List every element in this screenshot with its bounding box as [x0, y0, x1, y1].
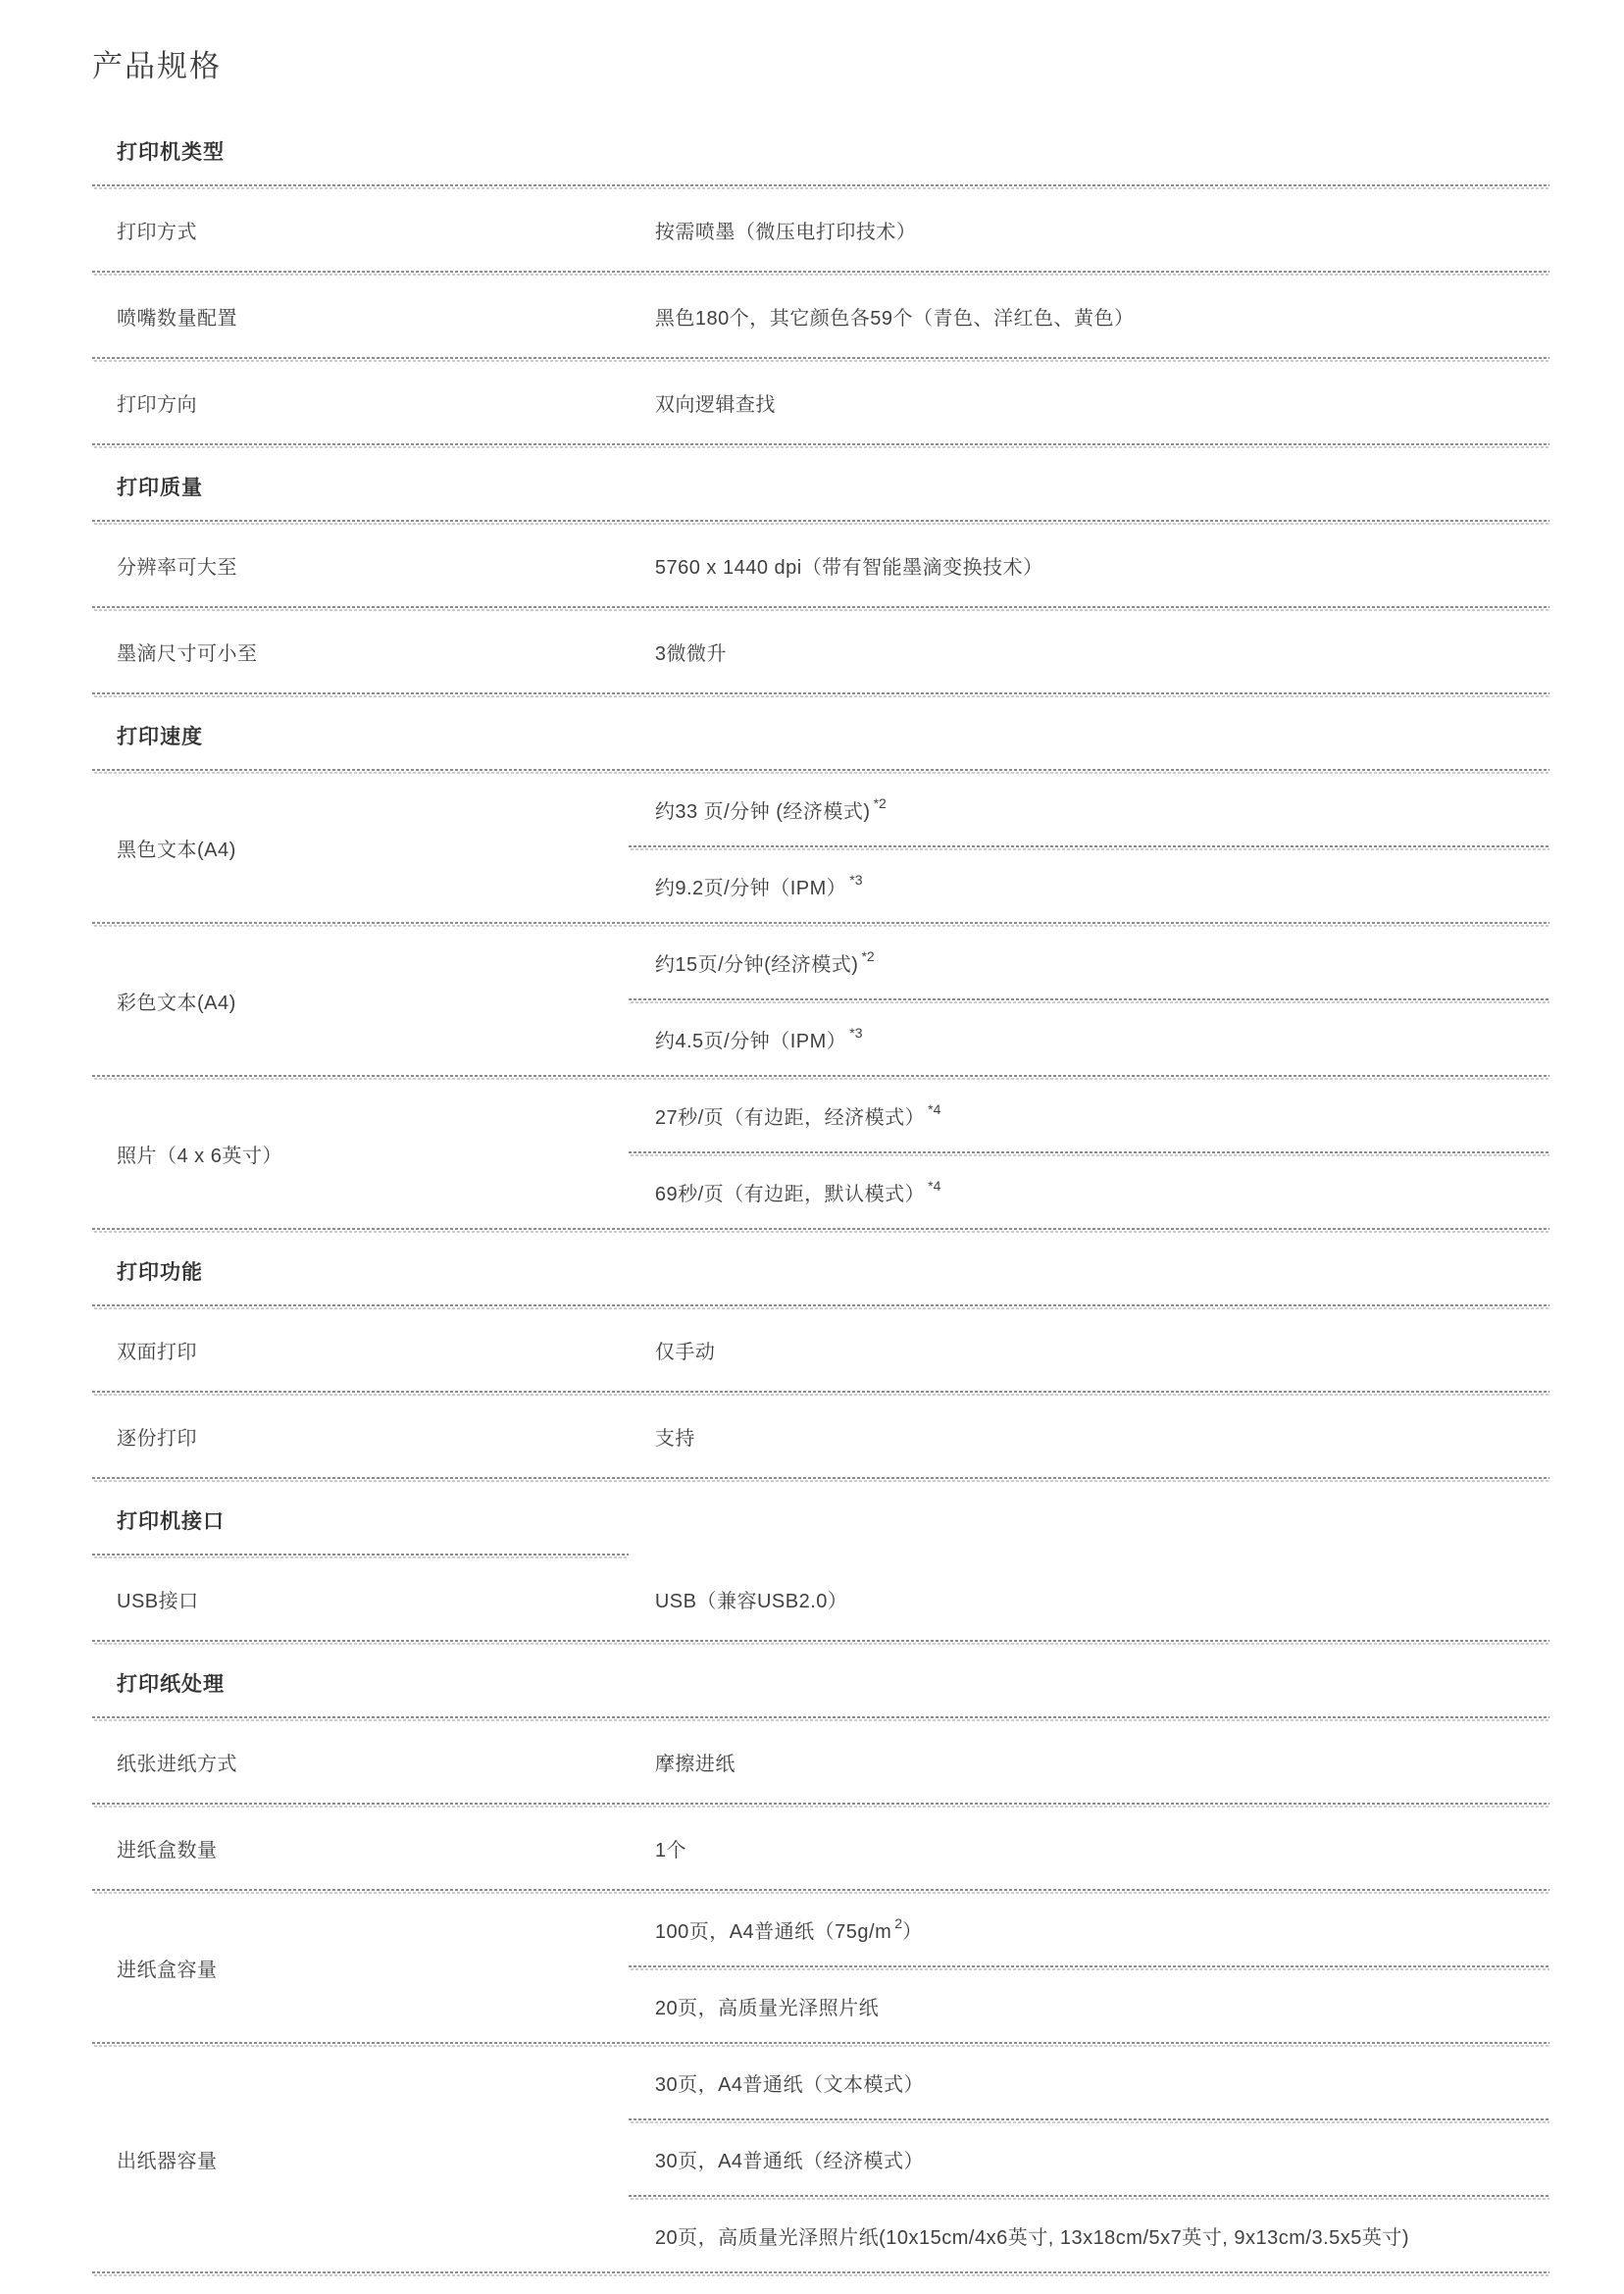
section-header: 打印功能	[92, 1233, 1549, 1309]
section-title: 打印功能	[117, 1256, 203, 1286]
row-value: 摩擦进纸	[629, 1721, 1549, 1808]
value-text: 69秒/页（有边距，默认模式）	[655, 1181, 925, 1208]
row-value: 1个	[629, 1808, 1549, 1894]
row-label: 彩色文本(A4)	[117, 990, 236, 1017]
row-value-cell: 黑色180个，其它颜色各59个（青色、洋红色、黄色）	[629, 276, 1549, 362]
value-footnote-sup: *2	[861, 948, 874, 964]
value-text: 摩擦进纸	[655, 1751, 736, 1778]
spec-row: 双面打印仅手动	[92, 1309, 1549, 1396]
row-value: 支持	[629, 1396, 1549, 1482]
row-value: 30页，A4普通纸（经济模式）	[629, 2123, 1549, 2200]
row-value-cell: 摩擦进纸	[629, 1721, 1549, 1808]
row-label: 纸张进纸方式	[117, 1751, 237, 1778]
row-label: 喷嘴数量配置	[117, 305, 237, 332]
spec-row: 打印方式按需喷墨（微压电打印技术）	[92, 189, 1549, 276]
value-text: 20页，高质量光泽照片纸	[655, 1995, 879, 2022]
row-value-cell: 100页，A4普通纸（75g/m2）20页，高质量光泽照片纸	[629, 1894, 1549, 2047]
row-value: 100页，A4普通纸（75g/m2）	[629, 1894, 1549, 1970]
value-footnote-sup: 2	[894, 1915, 902, 1931]
value-text: 双向逻辑查找	[655, 391, 776, 419]
row-value-cell: 3微微升	[629, 611, 1549, 697]
value-text: 30页，A4普通纸（文本模式）	[655, 2071, 924, 2099]
value-text: 3微微升	[655, 640, 727, 668]
spec-row: 出纸器容量30页，A4普通纸（文本模式）30页，A4普通纸（经济模式）20页，高…	[92, 2047, 1549, 2276]
value-text: 约9.2页/分钟（IPM）	[655, 875, 846, 902]
row-label-cell: 打印方式	[92, 189, 629, 276]
row-label-cell: 黑色文本(A4)	[92, 774, 629, 927]
row-label: 双面打印	[117, 1339, 197, 1366]
row-value: 27秒/页（有边距，经济模式）*4	[629, 1080, 1549, 1156]
value-text: 20页，高质量光泽照片纸(10x15cm/4x6英寸, 13x18cm/5x7英…	[655, 2224, 1409, 2252]
row-value-cell: 支持	[629, 1396, 1549, 1482]
row-value: 69秒/页（有边距，默认模式）*4	[629, 1156, 1549, 1233]
value-text: 27秒/页（有边距，经济模式）	[655, 1104, 925, 1132]
value-text: USB（兼容USB2.0）	[655, 1588, 848, 1615]
row-label-cell: USB接口	[92, 1558, 629, 1645]
value-footnote-sup: *3	[849, 872, 862, 888]
page-title: 产品规格	[92, 45, 1549, 87]
row-label-cell: 进纸盒容量	[92, 1894, 629, 2047]
row-value: 3微微升	[629, 611, 1549, 697]
row-label: 分辨率可大至	[117, 554, 237, 582]
row-label: 黑色文本(A4)	[117, 837, 236, 864]
spec-table: 打印机类型打印方式按需喷墨（微压电打印技术）喷嘴数量配置黑色180个，其它颜色各…	[92, 113, 1549, 2276]
row-value: 仅手动	[629, 1309, 1549, 1396]
row-label: 出纸器容量	[117, 2148, 218, 2175]
value-text: 按需喷墨（微压电打印技术）	[655, 219, 917, 246]
row-value-cell: 双向逻辑查找	[629, 362, 1549, 448]
row-label: 逐份打印	[117, 1425, 197, 1453]
row-label-cell: 双面打印	[92, 1309, 629, 1396]
section-title: 打印机接口	[117, 1505, 225, 1535]
row-value-cell: 5760 x 1440 dpi（带有智能墨滴变换技术）	[629, 525, 1549, 611]
row-label: 进纸盒数量	[117, 1837, 218, 1864]
spec-row: 喷嘴数量配置黑色180个，其它颜色各59个（青色、洋红色、黄色）	[92, 276, 1549, 362]
section-header: 打印纸处理	[92, 1645, 1549, 1721]
spec-row: 墨滴尺寸可小至3微微升	[92, 611, 1549, 697]
spec-row: 打印方向双向逻辑查找	[92, 362, 1549, 448]
row-value-cell: 按需喷墨（微压电打印技术）	[629, 189, 1549, 276]
value-text: 支持	[655, 1425, 695, 1453]
value-text: 约15页/分钟(经济模式)	[655, 951, 859, 979]
value-text: 100页，A4普通纸（75g/m	[655, 1918, 891, 1946]
value-text: 5760 x 1440 dpi（带有智能墨滴变换技术）	[655, 554, 1043, 582]
section-title: 打印纸处理	[117, 1668, 225, 1698]
row-value-cell: USB（兼容USB2.0）	[629, 1558, 1549, 1645]
row-label-cell: 逐份打印	[92, 1396, 629, 1482]
row-label: 打印方向	[117, 391, 197, 419]
row-value: 5760 x 1440 dpi（带有智能墨滴变换技术）	[629, 525, 1549, 611]
value-footnote-sup: *4	[928, 1178, 940, 1194]
row-value: 约9.2页/分钟（IPM）*3	[629, 850, 1549, 927]
section-header: 打印速度	[92, 697, 1549, 774]
row-value: 20页，高质量光泽照片纸	[629, 1970, 1549, 2047]
row-label: 打印方式	[117, 219, 197, 246]
row-value: 约15页/分钟(经济模式)*2	[629, 927, 1549, 1003]
row-value-cell: 仅手动	[629, 1309, 1549, 1396]
row-value: 按需喷墨（微压电打印技术）	[629, 189, 1549, 276]
section-title: 打印质量	[117, 472, 203, 501]
row-label: USB接口	[117, 1588, 199, 1615]
row-value-cell: 30页，A4普通纸（文本模式）30页，A4普通纸（经济模式）20页，高质量光泽照…	[629, 2047, 1549, 2276]
row-value-cell: 27秒/页（有边距，经济模式）*469秒/页（有边距，默认模式）*4	[629, 1080, 1549, 1233]
row-label-cell: 分辨率可大至	[92, 525, 629, 611]
row-label-cell: 彩色文本(A4)	[92, 927, 629, 1080]
spec-row: 分辨率可大至5760 x 1440 dpi（带有智能墨滴变换技术）	[92, 525, 1549, 611]
row-value: 20页，高质量光泽照片纸(10x15cm/4x6英寸, 13x18cm/5x7英…	[629, 2200, 1549, 2276]
spec-row: 纸张进纸方式摩擦进纸	[92, 1721, 1549, 1808]
value-text-tail: ）	[902, 1918, 923, 1946]
value-text: 1个	[655, 1837, 686, 1864]
row-value-cell: 约15页/分钟(经济模式)*2约4.5页/分钟（IPM）*3	[629, 927, 1549, 1080]
spec-row: USB接口USB（兼容USB2.0）	[92, 1558, 1549, 1645]
value-text: 黑色180个，其它颜色各59个（青色、洋红色、黄色）	[655, 305, 1135, 332]
section-title: 打印机类型	[117, 136, 225, 166]
section-header: 打印机类型	[92, 113, 1549, 189]
spec-page: 产品规格 打印机类型打印方式按需喷墨（微压电打印技术）喷嘴数量配置黑色180个，…	[0, 0, 1624, 2276]
row-label-cell: 照片（4 x 6英寸）	[92, 1080, 629, 1233]
value-footnote-sup: *4	[928, 1101, 940, 1117]
value-text: 约4.5页/分钟（IPM）	[655, 1028, 846, 1055]
row-value: USB（兼容USB2.0）	[629, 1558, 1549, 1645]
row-label-cell: 进纸盒数量	[92, 1808, 629, 1894]
spec-row: 逐份打印支持	[92, 1396, 1549, 1482]
row-value: 约33 页/分钟 (经济模式)*2	[629, 774, 1549, 850]
row-label-cell: 纸张进纸方式	[92, 1721, 629, 1808]
row-value: 双向逻辑查找	[629, 362, 1549, 448]
value-footnote-sup: *3	[849, 1025, 862, 1041]
row-label: 照片（4 x 6英寸）	[117, 1143, 282, 1170]
row-value: 黑色180个，其它颜色各59个（青色、洋红色、黄色）	[629, 276, 1549, 362]
row-value-cell: 约33 页/分钟 (经济模式)*2约9.2页/分钟（IPM）*3	[629, 774, 1549, 927]
row-value: 约4.5页/分钟（IPM）*3	[629, 1003, 1549, 1080]
value-text: 约33 页/分钟 (经济模式)	[655, 798, 871, 826]
row-value: 30页，A4普通纸（文本模式）	[629, 2047, 1549, 2123]
spec-row: 彩色文本(A4)约15页/分钟(经济模式)*2约4.5页/分钟（IPM）*3	[92, 927, 1549, 1080]
row-label-cell: 打印方向	[92, 362, 629, 448]
spec-row: 黑色文本(A4)约33 页/分钟 (经济模式)*2约9.2页/分钟（IPM）*3	[92, 774, 1549, 927]
row-label-cell: 出纸器容量	[92, 2047, 629, 2276]
section-header: 打印质量	[92, 448, 1549, 525]
value-text: 30页，A4普通纸（经济模式）	[655, 2148, 924, 2175]
spec-row: 进纸盒容量100页，A4普通纸（75g/m2）20页，高质量光泽照片纸	[92, 1894, 1549, 2047]
value-footnote-sup: *2	[874, 795, 887, 811]
spec-row: 进纸盒数量1个	[92, 1808, 1549, 1894]
dotted-divider	[92, 2271, 1549, 2276]
row-label-cell: 喷嘴数量配置	[92, 276, 629, 362]
spec-row: 照片（4 x 6英寸）27秒/页（有边距，经济模式）*469秒/页（有边距，默认…	[92, 1080, 1549, 1233]
row-label: 进纸盒容量	[117, 1957, 218, 1984]
row-value-cell: 1个	[629, 1808, 1549, 1894]
row-label: 墨滴尺寸可小至	[117, 640, 258, 668]
section-title: 打印速度	[117, 721, 203, 750]
section-header: 打印机接口	[92, 1482, 1549, 1558]
value-text: 仅手动	[655, 1339, 716, 1366]
row-label-cell: 墨滴尺寸可小至	[92, 611, 629, 697]
